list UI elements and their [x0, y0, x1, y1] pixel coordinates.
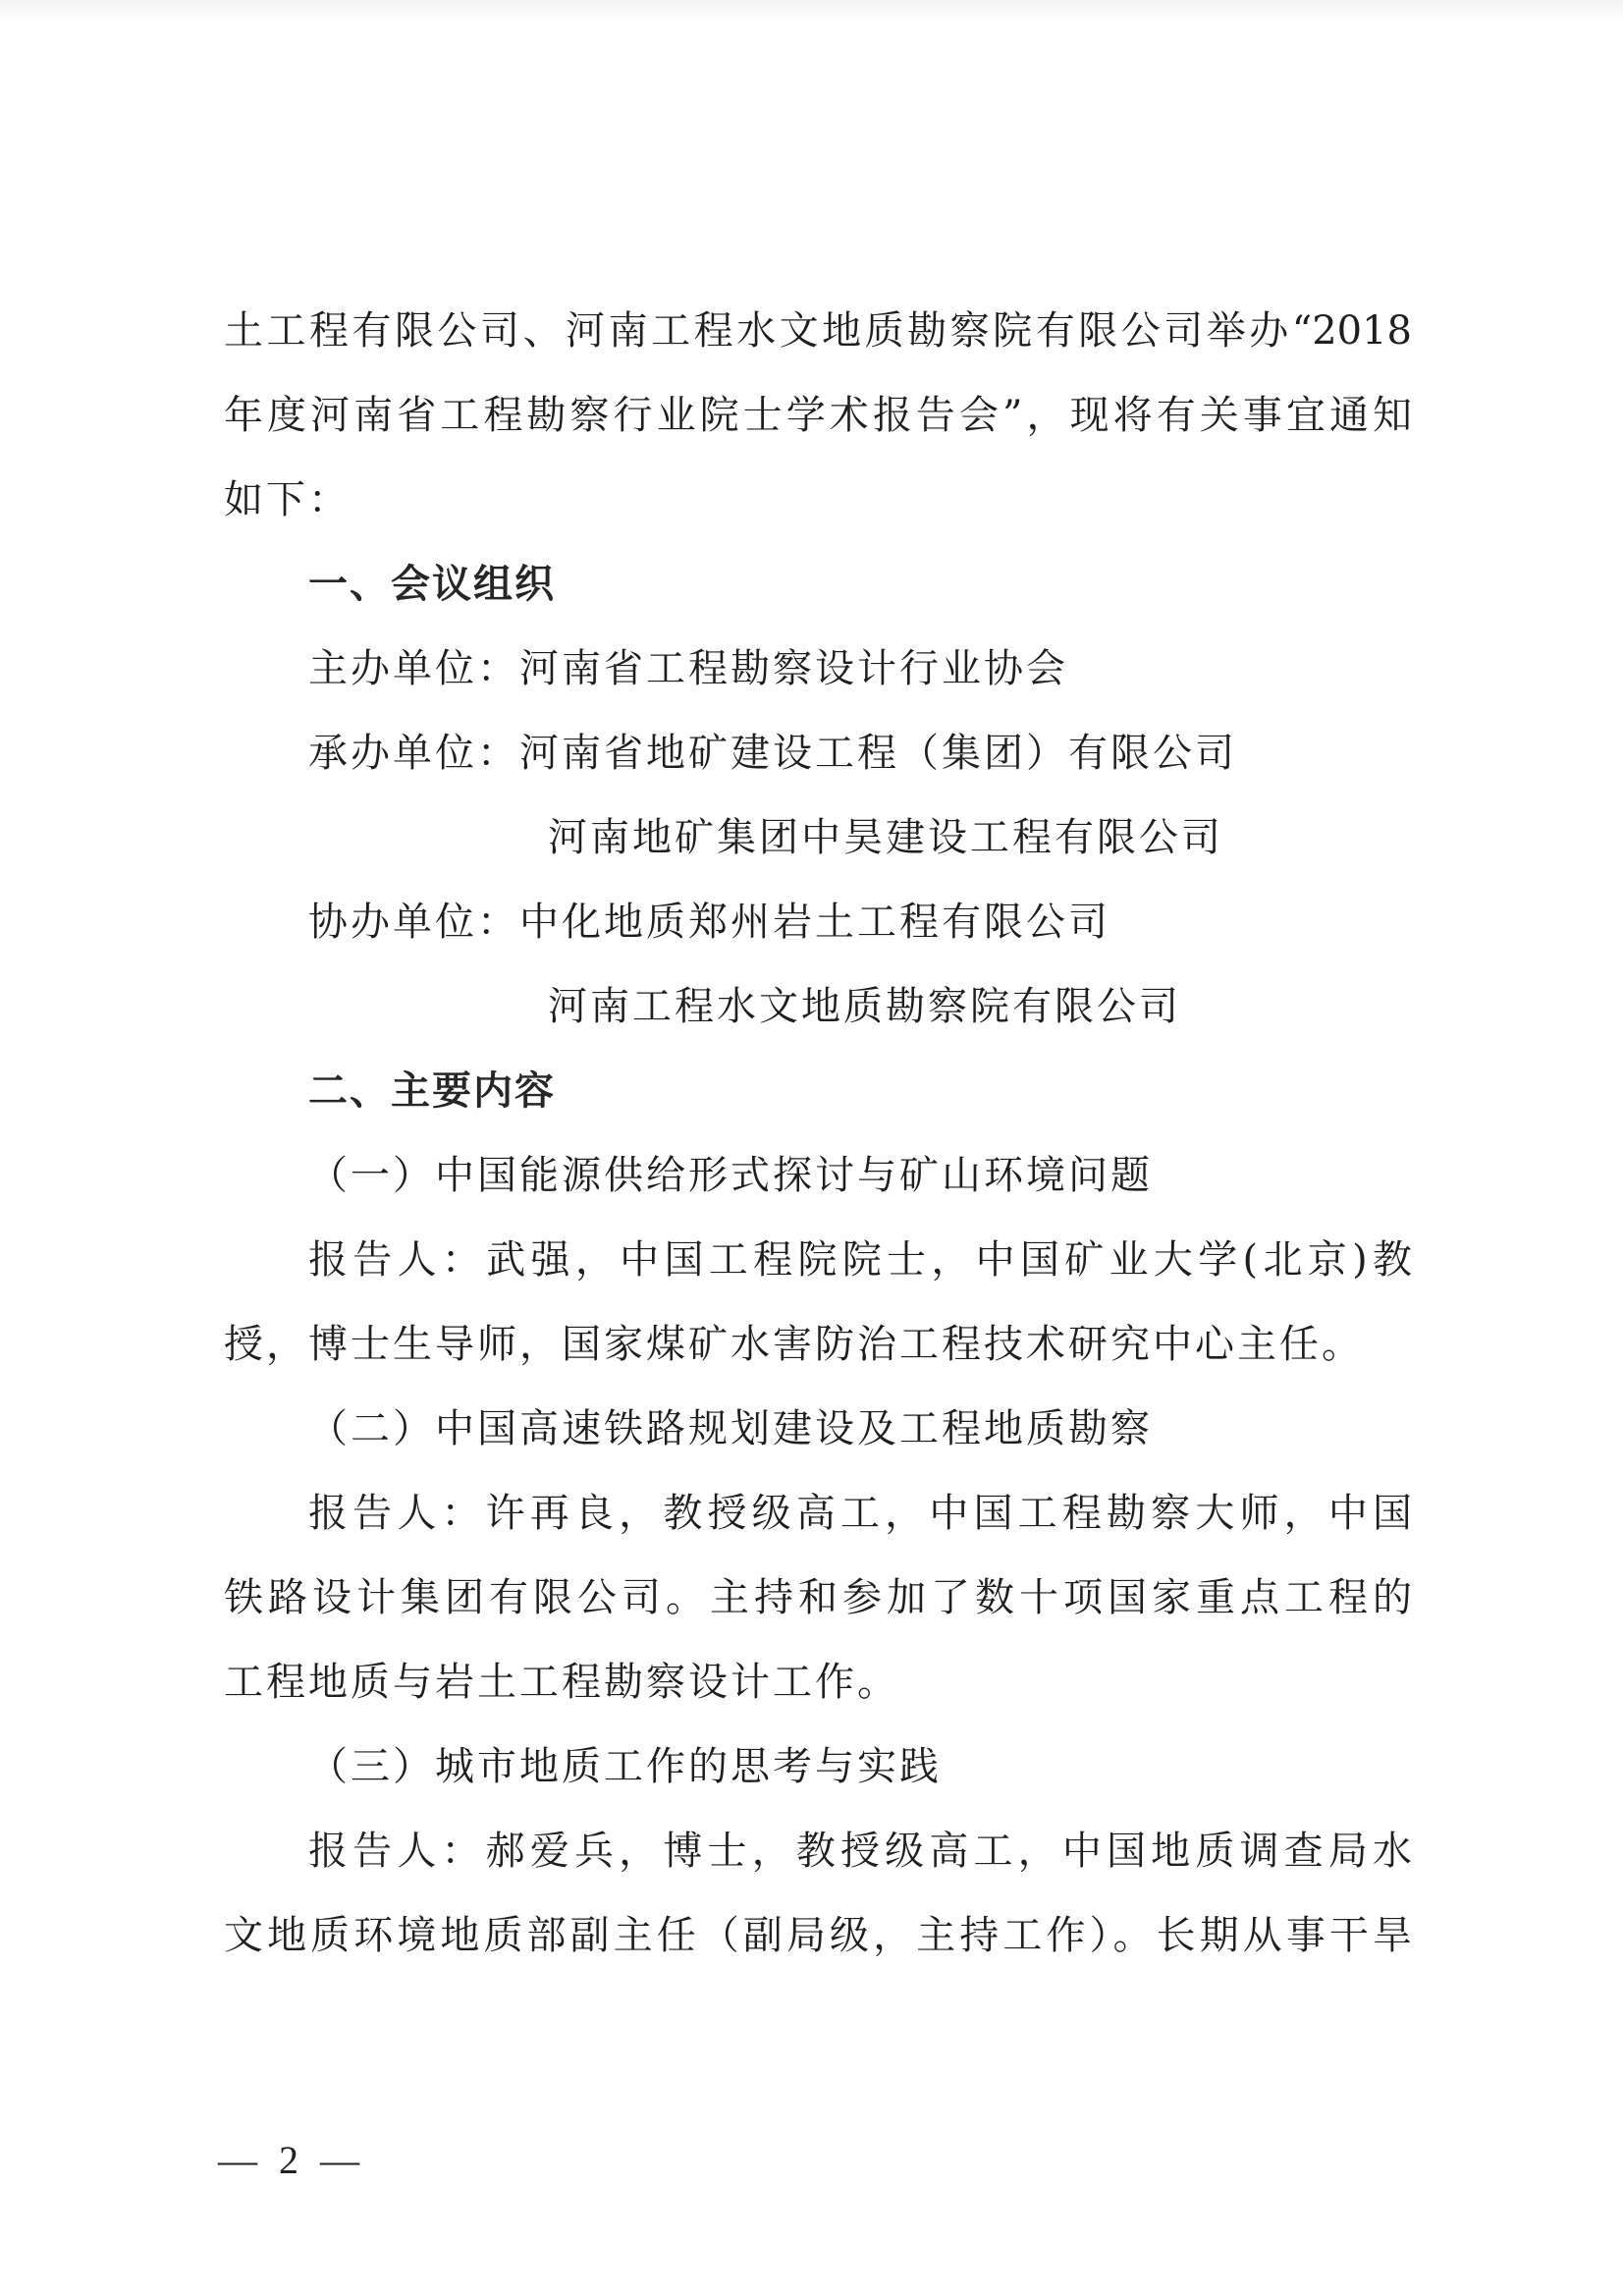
topic-title-1: （一）中国能源供给形式探讨与矿山环境问题 [224, 1133, 1412, 1218]
scan-edge-artifact [0, 0, 1623, 22]
topic-2-speaker-line-2: 铁路设计集团有限公司。主持和参加了数十项国家重点工程的 [224, 1556, 1412, 1640]
topic-3-speaker-line-2: 文地质环境地质部副主任（副局级，主持工作）。长期从事干旱 [224, 1893, 1412, 1978]
page-number: — 2 — [218, 2137, 365, 2183]
host-label: 主办单位： [308, 646, 519, 691]
organizer-value-1: 河南省地矿建设工程（集团）有限公司 [519, 731, 1237, 776]
topic-title-2: （二）中国高速铁路规划建设及工程地质勘察 [224, 1387, 1412, 1471]
topic-2-speaker-line-3: 工程地质与岩土工程勘察设计工作。 [224, 1640, 1412, 1724]
co-organizer-value-1: 中化地质郑州岩土工程有限公司 [519, 900, 1110, 945]
section-heading-content: 二、主要内容 [224, 1049, 1412, 1133]
host-row: 主办单位：河南省工程勘察设计行业协会 [224, 627, 1412, 711]
topic-title-3: （三）城市地质工作的思考与实践 [224, 1724, 1412, 1809]
co-organizer-row: 协办单位：中化地质郑州岩土工程有限公司 [224, 880, 1412, 964]
topic-3-speaker-line-1: 报告人：郝爱兵，博士，教授级高工，中国地质调查局水 [224, 1809, 1412, 1893]
intro-line-1: 土工程有限公司、河南工程水文地质勘察院有限公司举办“2018 [224, 289, 1412, 373]
co-organizer-label: 协办单位： [308, 900, 519, 945]
organizer-label: 承办单位： [308, 731, 519, 776]
host-value: 河南省工程勘察设计行业协会 [519, 646, 1068, 691]
topic-2-speaker-line-1: 报告人：许再良，教授级高工，中国工程勘察大师，中国 [224, 1471, 1412, 1556]
co-organizer-value-2: 河南工程水文地质勘察院有限公司 [224, 964, 1412, 1049]
section-heading-organization: 一、会议组织 [224, 542, 1412, 627]
intro-line-3: 如下： [224, 458, 1412, 542]
organizer-value-2: 河南地矿集团中昊建设工程有限公司 [224, 795, 1412, 880]
topic-1-speaker-line-2: 授，博士生导师，国家煤矿水害防治工程技术研究中心主任。 [224, 1302, 1412, 1387]
intro-line-2: 年度河南省工程勘察行业院士学术报告会”，现将有关事宜通知 [224, 373, 1412, 458]
organizer-row: 承办单位：河南省地矿建设工程（集团）有限公司 [224, 711, 1412, 795]
topic-1-speaker-line-1: 报告人：武强，中国工程院院士，中国矿业大学(北京)教 [224, 1218, 1412, 1302]
document-page: 土工程有限公司、河南工程水文地质勘察院有限公司举办“2018 年度河南省工程勘察… [224, 289, 1412, 1978]
